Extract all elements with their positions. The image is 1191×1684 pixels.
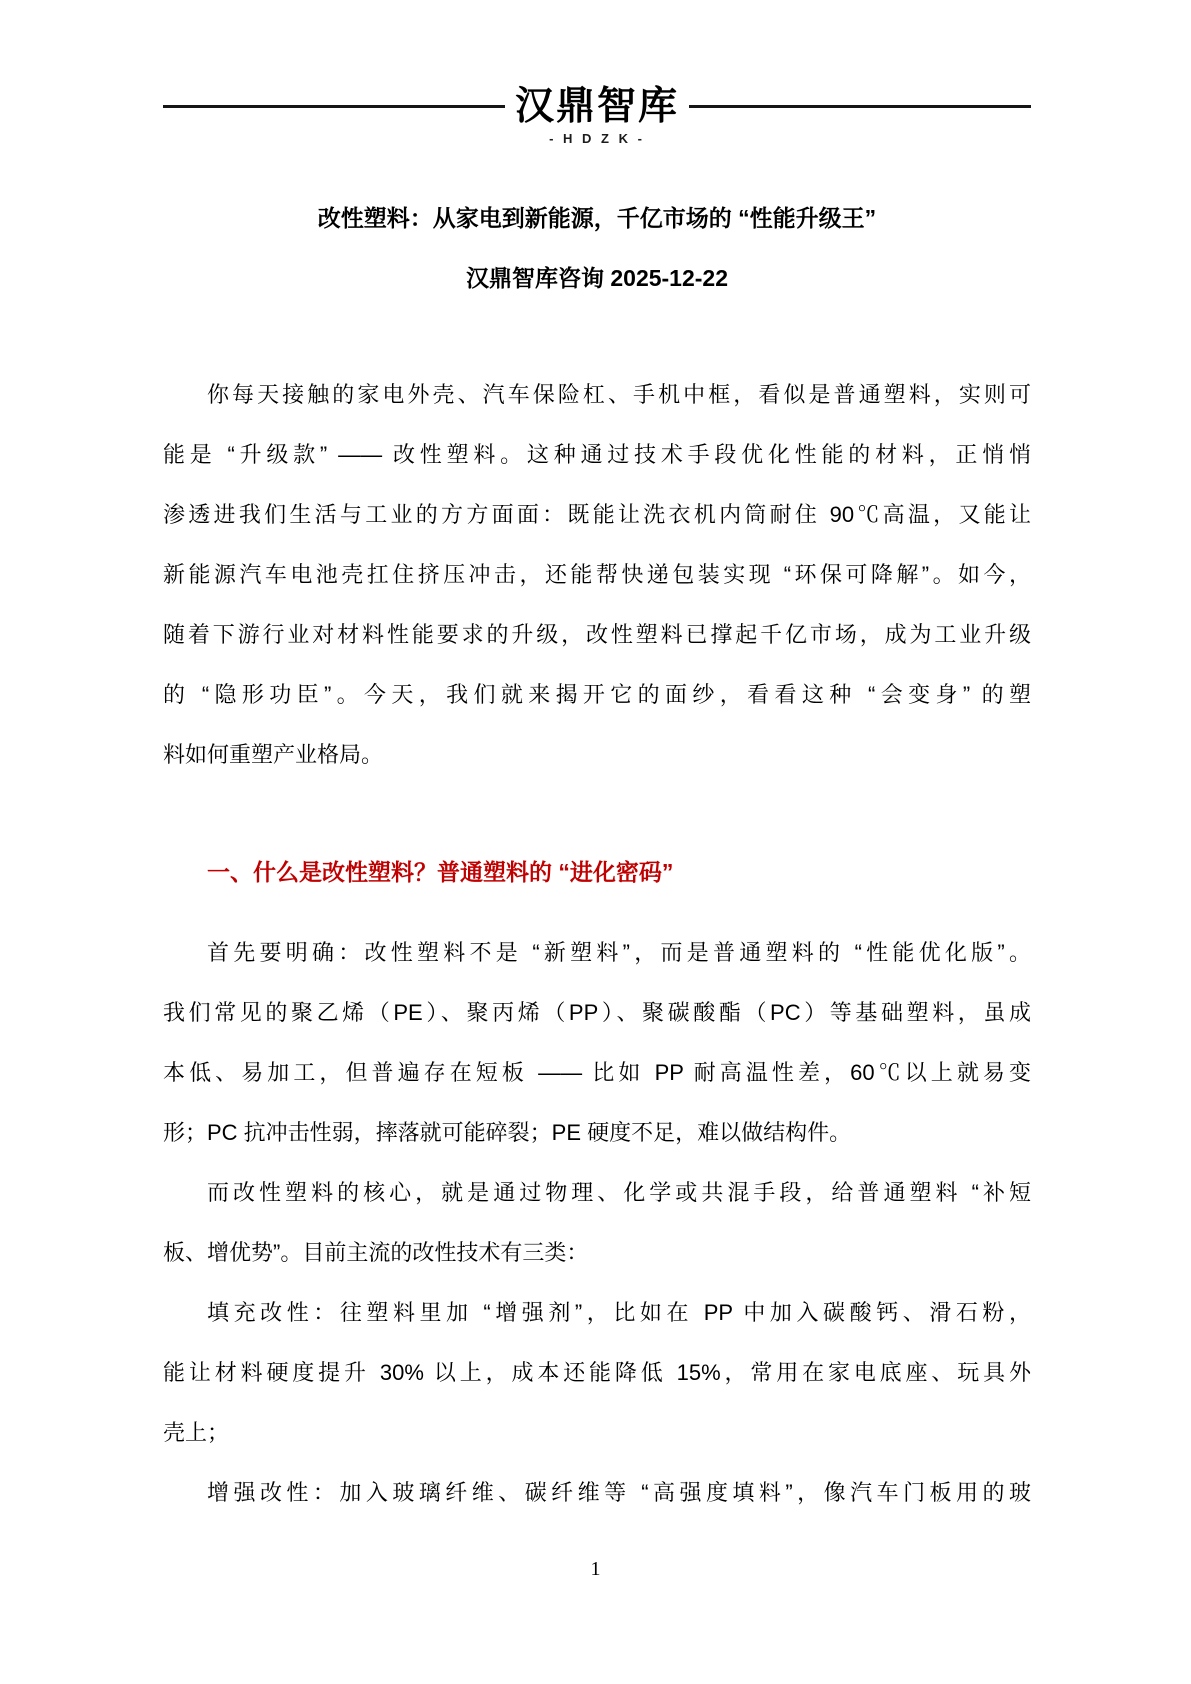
body-line: 随着下游行业对材料性能要求的升级，改性塑料已撑起千亿市场，成为工业升级	[163, 605, 1031, 665]
body-line: 板、增优势”。目前主流的改性技术有三类：	[163, 1223, 1031, 1283]
document-subtitle: 汉鼎智库咨询 2025-12-22	[163, 261, 1031, 295]
document-title: 改性塑料：从家电到新能源，千亿市场的 “性能升级王”	[163, 201, 1031, 235]
letterhead-rule-left	[163, 105, 505, 108]
body-line: 增强改性：加入玻璃纤维、碳纤维等 “高强度填料”，像汽车门板用的玻	[163, 1463, 1031, 1523]
paragraph: 填充改性：往塑料里加 “增强剂”，比如在 PP 中加入碳酸钙、滑石粉，能让材料硬…	[163, 1283, 1031, 1463]
letterhead-rule-right	[689, 105, 1031, 108]
paragraph: 而改性塑料的核心，就是通过物理、化学或共混手段，给普通塑料 “补短板、增优势”。…	[163, 1163, 1031, 1283]
body-line: 我们常见的聚乙烯（PE）、聚丙烯（PP）、聚碳酸酯（PC）等基础塑料，虽成	[163, 983, 1031, 1043]
body-line: 本低、易加工，但普遍存在短板 —— 比如 PP 耐高温性差，60℃以上就易变	[163, 1043, 1031, 1103]
body-line: 你每天接触的家电外壳、汽车保险杠、手机中框，看似是普通塑料，实则可	[163, 365, 1031, 425]
paragraph: 首先要明确：改性塑料不是 “新塑料”，而是普通塑料的 “性能优化版”。我们常见的…	[163, 923, 1031, 1163]
paragraph: 你每天接触的家电外壳、汽车保险杠、手机中框，看似是普通塑料，实则可能是 “升级款…	[163, 365, 1031, 785]
company-logo-subtext: - H D Z K -	[515, 131, 679, 146]
company-logo-text: 汉鼎智库	[515, 86, 679, 128]
body-line: 壳上；	[163, 1403, 1031, 1463]
body-line: 能让材料硬度提升 30% 以上，成本还能降低 15%，常用在家电底座、玩具外	[163, 1343, 1031, 1403]
body-line: 渗透进我们生活与工业的方方面面：既能让洗衣机内筒耐住 90℃高温，又能让	[163, 485, 1031, 545]
paragraph: 增强改性：加入玻璃纤维、碳纤维等 “高强度填料”，像汽车门板用的玻	[163, 1463, 1031, 1523]
body-line: 新能源汽车电池壳扛住挤压冲击，还能帮快递包装实现 “环保可降解”。如今，	[163, 545, 1031, 605]
document-page: 汉鼎智库 - H D Z K - 改性塑料：从家电到新能源，千亿市场的 “性能升…	[0, 0, 1191, 1684]
section-heading: 一、什么是改性塑料？普通塑料的 “进化密码”	[163, 842, 1031, 902]
body-line: 填充改性：往塑料里加 “增强剂”，比如在 PP 中加入碳酸钙、滑石粉，	[163, 1283, 1031, 1343]
body-line: 而改性塑料的核心，就是通过物理、化学或共混手段，给普通塑料 “补短	[163, 1163, 1031, 1223]
body-line: 首先要明确：改性塑料不是 “新塑料”，而是普通塑料的 “性能优化版”。	[163, 923, 1031, 983]
company-logo: 汉鼎智库 - H D Z K -	[505, 86, 689, 146]
page-number: 1	[0, 1558, 1191, 1581]
letterhead: 汉鼎智库 - H D Z K -	[0, 0, 1191, 146]
body-line: 的 “隐形功臣”。今天，我们就来揭开它的面纱，看看这种 “会变身” 的塑	[163, 665, 1031, 725]
body-line: 形；PC 抗冲击性弱，摔落就可能碎裂；PE 硬度不足，难以做结构件。	[163, 1103, 1031, 1163]
body-line: 能是 “升级款” —— 改性塑料。这种通过技术手段优化性能的材料，正悄悄	[163, 425, 1031, 485]
document-body: 你每天接触的家电外壳、汽车保险杠、手机中框，看似是普通塑料，实则可能是 “升级款…	[163, 365, 1031, 1523]
section-heading-text: 一、什么是改性塑料？普通塑料的 “进化密码”	[163, 842, 1031, 902]
body-line: 料如何重塑产业格局。	[163, 725, 1031, 785]
